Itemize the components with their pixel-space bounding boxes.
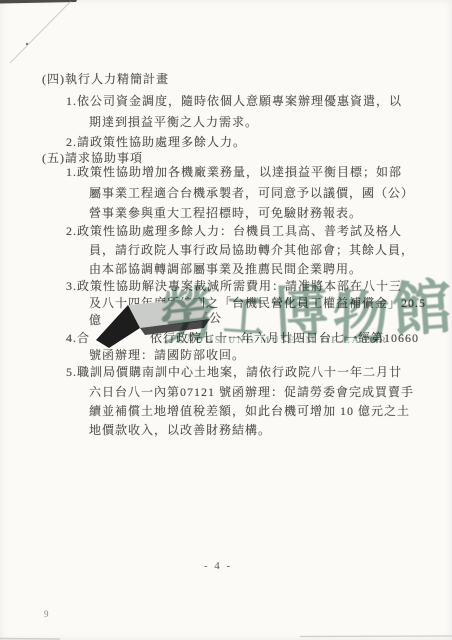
text-line: 1.依公司資金調度，隨時依個人意願專案辦理優惠資遣，以: [66, 92, 402, 109]
text-line: 由本部協調轉調部屬事業及推薦民間企業聘用。: [89, 260, 362, 277]
text-line: 5.職訓局價購南訓中心土地案，請依行政院八十一年二月廿: [66, 363, 402, 380]
scan-edge-mark: [0, 0, 77, 4]
text-line: 2.政策性協助處理多餘人力：台機員工具高、普考試及格人: [66, 222, 402, 239]
scan-speck: [26, 43, 28, 45]
text-line: 地價款收入，以改善財務結構。: [89, 421, 271, 438]
text-line: 續並補償土地增值稅差額，如此台機可增加 10 億元之土: [89, 402, 410, 419]
text-line: 六日台八一內第07121 號函辦理：促請勞委會完成買賣手: [89, 383, 414, 400]
corner-pencil-mark: 9: [44, 609, 49, 619]
text-line: 期達到損益平衡之人力需求。: [89, 113, 258, 130]
document-page: (四)執行人力精簡計畫1.依公司資金調度，隨時依個人意願專案辦理優惠資遣，以期達…: [0, 0, 452, 640]
scan-bottom-edge: [300, 636, 452, 637]
text-line: (四)執行人力精簡計畫: [42, 70, 169, 87]
text-line: 2.請政策性協助處理多餘人力。: [66, 133, 246, 150]
text-line: 及八十四年度所編列之「台機民營化員工權益補償金」20.5: [89, 294, 426, 311]
text-line: 員，請行政院人事行政局協助轉介其他部會；其餘人員，: [89, 241, 414, 258]
text-line: 1.政策性協助增加各機廠業務量，以達損益平衡目標；如部: [66, 163, 402, 180]
text-line: （公: [196, 309, 222, 326]
page-number: - 4 -: [0, 560, 436, 572]
text-line: 3.政策性協助解決專案裁減所需費用：請准將本部在八十三: [66, 277, 402, 294]
text-line: 億: [89, 311, 102, 328]
scan-crease-line: [10, 1, 71, 63]
text-line: 屬事業工程適合台機承製者，可同意予以議價，國（公）: [89, 184, 414, 201]
text-line: 營事業參與重大工程招標時，可免驗財務報表。: [89, 204, 362, 221]
logo-dark-face: [96, 305, 140, 348]
scan-bottom-edge-left: [0, 639, 60, 640]
text-line: 依行政院七十一年六月廿四日台七一經第10660: [150, 329, 419, 346]
text-line: 號函辦理：請國防部收回。: [89, 346, 245, 363]
text-line: 4.合: [66, 329, 90, 346]
